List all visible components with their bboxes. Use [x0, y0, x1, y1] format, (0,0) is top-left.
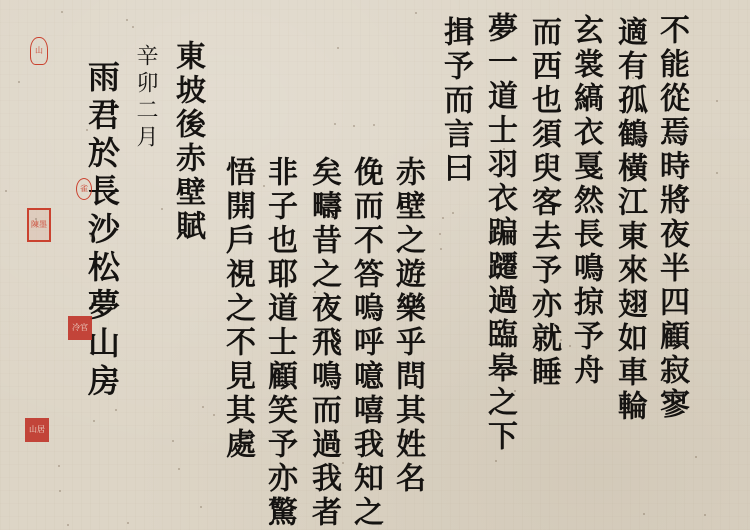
paper-fleck — [202, 406, 204, 408]
paper-fleck — [67, 524, 69, 526]
calligraphy-column: 適有孤鶴橫江東來翅如車輪 — [614, 16, 644, 424]
calligraphy-column: 非子也耶道士顧笑予亦驚 — [264, 156, 294, 530]
paper-fleck — [263, 185, 265, 187]
paper-fleck — [61, 11, 63, 13]
calligraphy-column: 而西也須臾客去予亦就睡 — [528, 16, 558, 390]
paper-fleck — [493, 40, 495, 42]
calligraphy-column: 雨君於長沙松夢山房 — [86, 60, 118, 402]
paper-fleck — [338, 232, 340, 234]
calligraphy-column: 赤壁之遊樂乎問其姓名 — [392, 156, 422, 496]
paper-fleck — [530, 369, 532, 371]
paper-fleck — [420, 258, 422, 260]
paper-fleck — [569, 345, 571, 347]
paper-fleck — [127, 522, 129, 524]
paper-fleck — [213, 414, 215, 416]
paper-fleck — [716, 172, 718, 174]
paper-fleck — [334, 123, 336, 125]
paper-fleck — [632, 77, 634, 79]
paper-fleck — [102, 118, 104, 120]
calligraphy-column: 揖予而言曰 — [440, 16, 470, 186]
paper-fleck — [161, 208, 163, 210]
calligraphy-column: 夢一道士羽衣蹁躚過臨皋之下 — [484, 12, 514, 454]
red-seal-stamp: 陳墨 — [27, 208, 51, 242]
paper-fleck — [5, 190, 7, 192]
paper-fleck — [90, 235, 92, 237]
paper-fleck — [415, 12, 417, 14]
paper-fleck — [198, 125, 200, 127]
paper-fleck — [367, 297, 369, 299]
paper-fleck — [439, 233, 441, 235]
paper-fleck — [178, 468, 180, 470]
paper-fleck — [93, 420, 95, 422]
paper-fleck — [716, 100, 718, 102]
paper-fleck — [86, 129, 88, 131]
paper-fleck — [200, 506, 202, 508]
paper-fleck — [314, 291, 316, 293]
red-seal-stamp: 雀 — [76, 178, 92, 200]
paper-fleck — [332, 268, 334, 270]
paper-fleck — [503, 148, 505, 150]
paper-fleck — [115, 409, 117, 411]
paper-fleck — [126, 19, 128, 21]
paper-fleck — [172, 440, 174, 442]
paper-fleck — [328, 262, 330, 264]
paper-fleck — [643, 513, 645, 515]
paper-fleck — [59, 490, 61, 492]
paper-fleck — [329, 444, 331, 446]
paper-fleck — [353, 125, 355, 127]
paper-fleck — [514, 390, 516, 392]
red-seal-stamp: 山居 — [25, 418, 49, 442]
paper-fleck — [442, 217, 444, 219]
calligraphy-column: 不能從焉時將夜半四顧寂寥 — [656, 14, 686, 422]
calligraphy-column: 俛而不答嗚呼噫嘻我知之 — [350, 156, 380, 530]
paper-fleck — [58, 465, 60, 467]
red-seal-stamp: 山 — [30, 37, 48, 65]
paper-fleck — [132, 26, 134, 28]
paper-fleck — [503, 83, 505, 85]
calligraphy-artwork: 不能從焉時將夜半四顧寂寥適有孤鶴橫江東來翅如車輪玄裳縞衣戛然長鳴掠予舟而西也須臾… — [0, 0, 750, 530]
calligraphy-column: 東坡後赤壁賦 — [172, 40, 202, 244]
paper-fleck — [695, 456, 697, 458]
paper-fleck — [560, 339, 562, 341]
paper-fleck — [402, 440, 404, 442]
paper-fleck — [440, 248, 442, 250]
paper-fleck — [342, 462, 344, 464]
paper-fleck — [410, 175, 412, 177]
paper-fleck — [242, 189, 244, 191]
paper-fleck — [373, 124, 375, 126]
paper-fleck — [35, 218, 37, 220]
paper-fleck — [510, 342, 512, 344]
paper-fleck — [672, 140, 674, 142]
paper-fleck — [557, 69, 559, 71]
paper-fleck — [704, 514, 706, 516]
red-seal-stamp: 冷官 — [68, 316, 92, 340]
paper-fleck — [337, 47, 339, 49]
calligraphy-column: 辛卯二月 — [134, 44, 156, 152]
calligraphy-column: 玄裳縞衣戛然長鳴掠予舟 — [570, 14, 600, 388]
paper-fleck — [452, 212, 454, 214]
calligraphy-column: 悟開戶視之不見其處 — [222, 156, 252, 462]
paper-fleck — [18, 81, 20, 83]
paper-fleck — [495, 460, 497, 462]
calligraphy-column: 矣疇昔之夜飛鳴而過我者 — [308, 156, 338, 530]
